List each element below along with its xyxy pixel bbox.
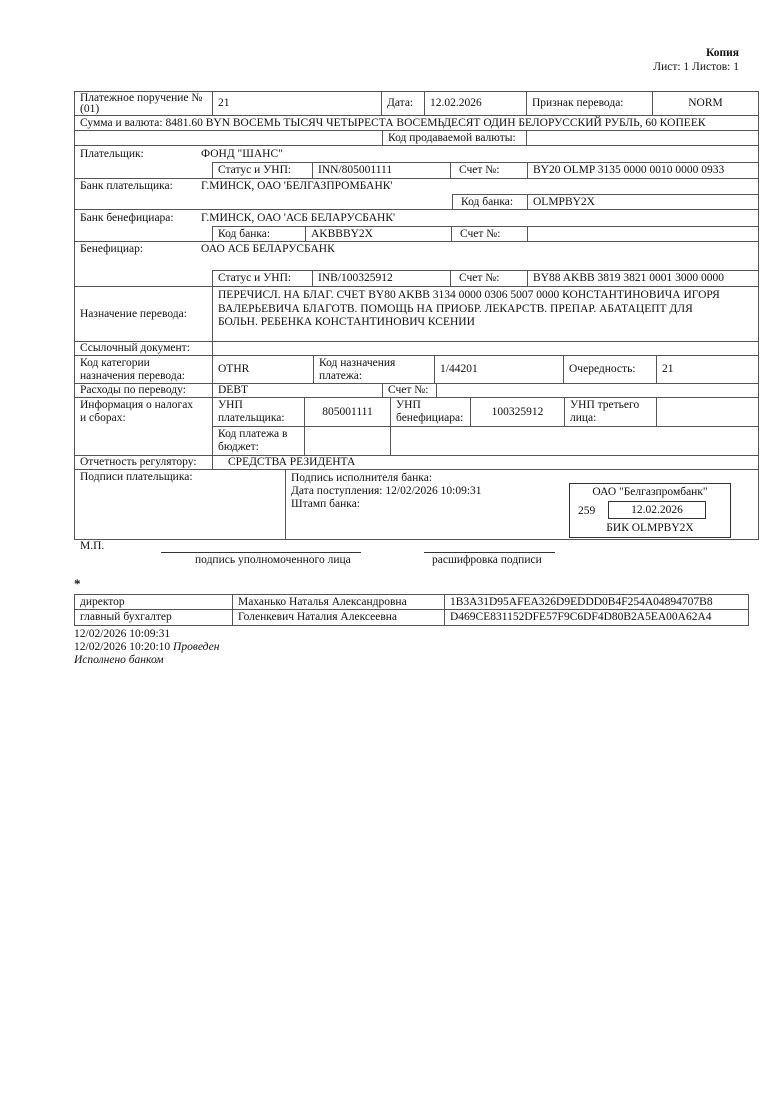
beneficiary-account-label: Счет №: <box>450 270 528 287</box>
regulator-label: Отчетность регулятору: <box>74 455 213 470</box>
date-label: Дата: <box>381 91 425 116</box>
signer-hash: D469CE831152DFE57F9C6DF4D80B2A5EA00A62A4 <box>444 609 749 626</box>
sold-currency-spacer <box>74 130 383 146</box>
category-value: OTHR <box>212 355 314 384</box>
payer-account-label: Счет №: <box>450 162 528 179</box>
beneficiary-unp-label: УНПбенефициара: <box>390 397 471 427</box>
payer-label: Плательщик: <box>80 148 144 161</box>
payer-status: INN/805001111 <box>312 162 451 179</box>
beneficiary-bank-code-label: Код банка: <box>212 226 306 242</box>
log-processed: 12/02/2026 10:20:10 Проведен <box>74 641 219 654</box>
beneficiary-account: BY88 AKBB 3819 3821 0001 3000 0000 <box>527 270 759 287</box>
beneficiary-bank-label: Банк бенефициара: <box>80 212 174 225</box>
beneficiary-label: Бенефициар: <box>80 243 143 256</box>
transfer-sign-label: Признак перевода: <box>526 91 653 116</box>
beneficiary-status: INB/100325912 <box>312 270 451 287</box>
copy-label: Копия <box>653 46 739 60</box>
reference-doc-label: Ссылочный документ: <box>74 341 213 356</box>
bank-sign-label: Подпись исполнителя банка: <box>291 472 432 485</box>
order-title-label: Платежное поручение № (01) <box>74 91 213 116</box>
third-party-unp-label: УНП третьеголица: <box>564 397 657 427</box>
regulator-value: СРЕДСТВА РЕЗИДЕНТА <box>212 455 759 470</box>
payer-name: ФОНД "ШАНС" <box>201 148 283 161</box>
purpose-line: ВАЛЕРЬЕВИЧА БЛАГОТВ. ПОМОЩЬ НА ПРИОБР. Л… <box>218 303 753 317</box>
payer-bank-code: OLMPBY2X <box>527 194 759 210</box>
category-label: Код категорииназначения перевода: <box>74 355 213 384</box>
log-received: 12/02/2026 10:09:31 <box>74 628 170 641</box>
order-date: 12.02.2026 <box>424 91 527 116</box>
sold-currency-value <box>526 130 759 146</box>
beneficiary-status-label: Статус и УНП: <box>212 270 313 287</box>
signer-role: директор <box>74 594 233 610</box>
priority-value: 21 <box>656 355 759 384</box>
signer-hash: 1B3A31D95AFEA326D9EDDD0B4F254A04894707B8 <box>444 594 749 610</box>
expenses-value: DEBT <box>212 383 383 398</box>
asterisk-mark: * <box>74 577 81 590</box>
priority-label: Очередность: <box>563 355 657 384</box>
transfer-sign: NORM <box>652 91 759 116</box>
payer-signatures: Подписи плательщика: <box>74 469 286 540</box>
payer-unp-label: УНПплательщика: <box>212 397 305 427</box>
decode-signature-caption: расшифровка подписи <box>432 554 542 567</box>
sold-currency-label: Код продаваемой валюты: <box>382 130 527 146</box>
beneficiary-bank-name: Г.МИНСК, ОАО 'АСБ БЕЛАРУСБАНК' <box>201 212 395 225</box>
order-number: 21 <box>212 91 382 116</box>
beneficiary-unp: 100325912 <box>470 397 565 427</box>
beneficiary-bank-account <box>527 226 759 242</box>
payment-code-label: Код назначенияплатежа: <box>313 355 435 384</box>
purpose-line: ПЕРЕЧИСЛ. НА БЛАГ. СЧЕТ BY80 AKBB 3134 0… <box>218 289 753 303</box>
stamp-bank-name: ОАО "Белгазпромбанк" <box>570 486 730 499</box>
beneficiary-bank-account-label: Счет №: <box>451 226 528 242</box>
authorized-signature-line <box>161 552 361 553</box>
authorized-signature-caption: подпись уполномоченного лица <box>195 554 351 567</box>
payer-account: BY20 OLMP 3135 0000 0010 0000 0933 <box>527 162 759 179</box>
signer-name: Маханько Наталья Александровна <box>232 594 445 610</box>
reference-doc-value <box>212 341 759 356</box>
payer-bank-name: Г.МИНСК, ОАО 'БЕЛГАЗПРОМБАНК' <box>201 180 393 193</box>
budget-code <box>304 426 391 456</box>
taxes-label: Информация о налогахи сборах: <box>74 397 213 456</box>
purpose-line: БОЛЬН. РЕБЕНКА КОНСТАНТИНОВИЧ КСЕНИИ <box>218 316 753 330</box>
purpose-label: Назначение перевода: <box>74 286 213 342</box>
mp-label: М.П. <box>80 540 104 553</box>
budget-code-spacer <box>390 426 759 456</box>
expenses-account <box>436 383 759 398</box>
payer-unp: 805001111 <box>304 397 391 427</box>
budget-code-label: Код платежа вбюджет: <box>212 426 305 456</box>
sheet-info: Лист: 1 Листов: 1 <box>653 60 739 74</box>
header: Копия Лист: 1 Листов: 1 <box>653 46 739 74</box>
signer-role: главный бухгалтер <box>74 609 233 626</box>
payment-code: 1/44201 <box>434 355 564 384</box>
log-processed-time: 12/02/2026 10:20:10 <box>74 641 170 653</box>
amount-line: Сумма и валюта: 8481.60 BYN ВОСЕМЬ ТЫСЯЧ… <box>74 115 759 131</box>
stamp-date: 12.02.2026 <box>608 501 706 519</box>
stamp-number: 259 <box>578 505 595 518</box>
expenses-account-label: Счет №: <box>382 383 437 398</box>
bank-stamp: ОАО "Белгазпромбанк" 259 12.02.2026 БИК … <box>569 483 731 538</box>
payer-bank-code-label: Код банка: <box>452 194 528 210</box>
signer-name: Голенкевич Наталия Алексеевна <box>232 609 445 626</box>
stamp-label: Штамп банка: <box>291 498 360 511</box>
received-date: Дата поступления: 12/02/2026 10:09:31 <box>291 485 482 498</box>
purpose-text: ПЕРЕЧИСЛ. НА БЛАГ. СЧЕТ BY80 AKBB 3134 0… <box>212 286 759 342</box>
payer-bank-label: Банк плательщика: <box>80 180 173 193</box>
stamp-bic: БИК OLMPBY2X <box>570 522 730 535</box>
log-executed: Исполнено банком <box>74 654 164 667</box>
decode-signature-line <box>424 552 555 553</box>
payer-status-label: Статус и УНП: <box>212 162 313 179</box>
log-processed-status: Проведен <box>173 641 219 653</box>
beneficiary-name: ОАО АСБ БЕЛАРУСБАНК <box>201 243 335 256</box>
third-party-unp <box>656 397 759 427</box>
expenses-label: Расходы по переводу: <box>74 383 213 398</box>
beneficiary-bank-code: AKBBBY2X <box>305 226 452 242</box>
